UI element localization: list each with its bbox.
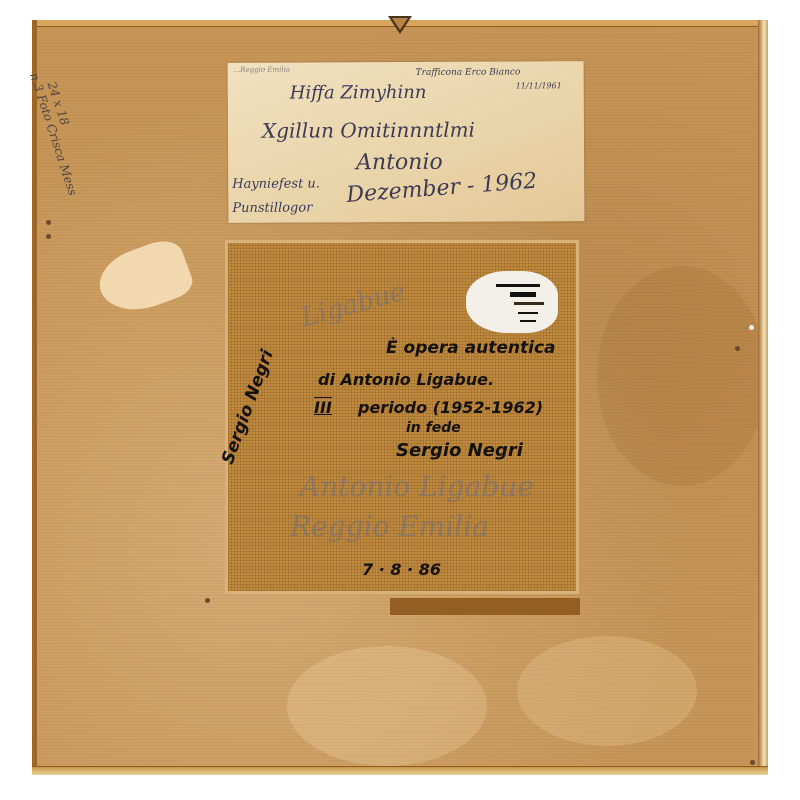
authentication-line-4: in fede [406,420,461,436]
light-stain [91,234,196,321]
nail [46,234,51,239]
pencil-inscription-bottom-1: Antonio Ligabue [300,470,534,503]
light-stain-bottom [287,646,487,766]
authentication-line-3: periodo (1952-1962) [358,398,543,417]
frame-left-edge [32,20,37,775]
label-line-1: Hiffa Zimyhinn [290,82,427,104]
paint-stripe [496,284,540,287]
authentication-period-roman: III [314,398,332,417]
authentication-date: 7 · 8 · 86 [362,560,441,579]
nail [749,325,754,330]
hanger-icon [388,16,412,34]
frame-bottom-edge [32,766,768,775]
label-small-location: ...Reggio Emilia [234,66,290,74]
authentication-signature: Sergio Negri [396,440,523,461]
paint-stripe [510,292,536,297]
label-line-3: Antonio [356,150,443,175]
label-small-place: Trafficona Erco Bianco [416,67,521,78]
light-stain-bottom-right [517,636,697,746]
nail [205,598,210,603]
paper-label: ...Reggio Emilia Trafficona Erco Bianco … [228,61,585,223]
paint-stripe [518,312,538,314]
paint-patch [466,271,558,333]
brown-tape [390,598,580,615]
pencil-inscription-bottom-2: Reggio Emilia [290,510,489,543]
nail [735,346,740,351]
paint-stripe [514,302,544,305]
paint-stripe [520,320,536,322]
nail [750,760,755,765]
nail [46,220,51,225]
authentication-line-1: È opera autentica [386,338,556,358]
frame-right-edge [758,20,768,775]
label-small-date: 11/11/1961 [516,81,562,90]
label-line-5: Hayniefest u. [232,176,320,191]
dark-stain [597,266,767,486]
authentication-line-2: di Antonio Ligabue. [318,370,494,389]
label-line-2: Xgillun Omitinnntlmi [262,118,475,143]
label-line-6: Punstillogor [232,200,312,215]
